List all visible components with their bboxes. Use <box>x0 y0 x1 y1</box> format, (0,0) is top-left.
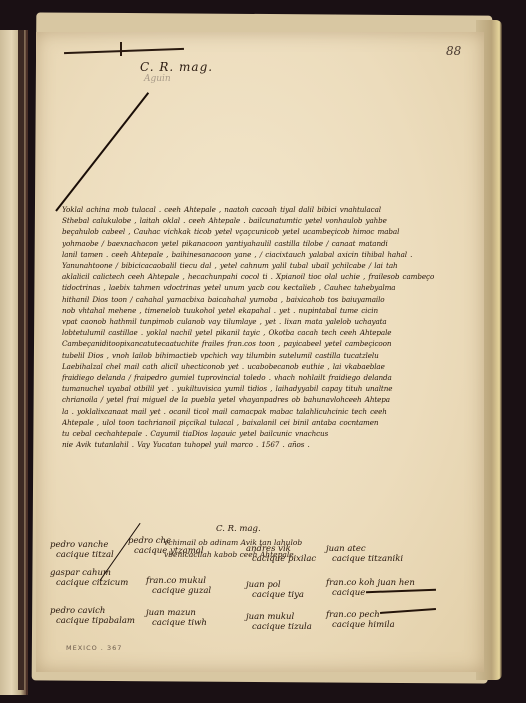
signature: juan pol cacique tiya <box>246 580 304 600</box>
body-line: aklalicil calictech ceeh Ahtepale , heca… <box>62 271 462 282</box>
signature: pedro cavich cacique tipabalam <box>50 606 135 626</box>
body-line: Yoklal achina mob tulacal . ceeh Ahtepal… <box>62 204 462 215</box>
manuscript-page: C. R. mag. Aguin 88 Yoklal achina mob tu… <box>36 32 484 672</box>
body-line: fraidiego delanda / fraipedro gumiel tup… <box>62 372 462 383</box>
body-line: tubelil Dios , vnoh lailob bihimactieb v… <box>62 350 462 361</box>
signature-block: pedro vanche cacique titzal pedro che ca… <box>50 540 470 660</box>
binding-spine <box>18 30 24 690</box>
ink-flourish <box>380 608 436 614</box>
signature: pedro vanche cacique titzal <box>50 540 114 560</box>
archive-stamp: MEXICO . 367 <box>66 644 122 652</box>
body-line: Laebihalzal chel mail cath alicil uhecti… <box>62 361 462 372</box>
diagonal-cancel-stroke <box>55 92 149 211</box>
body-line: chrianoila / yetel frai miguel de la pue… <box>62 394 462 405</box>
folio-number: 88 <box>446 44 461 58</box>
top-rule-stroke <box>64 48 184 54</box>
body-line: tu cebal cechahtepale . Cayumil tiaDios … <box>62 428 462 439</box>
body-line: vpat caonob hathmil tunpimob culanob vay… <box>62 316 462 327</box>
signature: juan mazun cacique tiwh <box>146 608 207 628</box>
body-line: lanil tamen . ceeh Ahtepale , baihinesan… <box>62 249 462 260</box>
signature: pedro che cacique ytzamal <box>128 536 204 556</box>
body-line: lobtetulumil castillae . yoklal nachil y… <box>62 327 462 338</box>
body-line: beçahulob cabeel , Cauhac vichkak ticob … <box>62 226 462 237</box>
signature: andres vik cacique pixilac <box>246 544 316 564</box>
body-line: tidoctrinas , laebix tahmen vdoctrinas y… <box>62 282 462 293</box>
body-line: yohmaobe / baexnachacon yetel pikanacoon… <box>62 238 462 249</box>
body-line: nie Avik tutanlahil . Vay Yucatan tuhope… <box>62 439 462 450</box>
body-line: Yanunahtoone / bibicicacaobalil tiecu da… <box>62 260 462 271</box>
body-line: Ahtepale , ulol toon tachrianoil piçcika… <box>62 417 462 428</box>
page-heading: C. R. mag. <box>140 60 213 74</box>
signature: fran.co mukul cacique guzal <box>146 576 211 596</box>
signature: juan atec cacique titzaniki <box>326 544 403 564</box>
letter-body: Yoklal achina mob tulacal . ceeh Ahtepal… <box>62 204 462 450</box>
body-line: hithanil Dios toon / cahahal yamacbixa b… <box>62 294 462 305</box>
body-line: la . yoklalixcanaat mail yet . ocanil ti… <box>62 406 462 417</box>
body-line: tumanuchel uyabal otbilil yet . yukiltuv… <box>62 383 462 394</box>
body-line: Cambeçaniditoopixancatutecaatuchite frai… <box>62 338 462 349</box>
top-cross-mark <box>120 42 122 56</box>
signature: fran.co koh juan hen cacique <box>326 578 415 598</box>
pencil-annotation: Aguin <box>144 74 171 84</box>
signature: juan mukul cacique tizula <box>246 612 312 632</box>
signature: gaspar cahum cacique citzicum <box>50 568 128 588</box>
body-line: Sthebal calukulobe , laitah oklal . ceeh… <box>62 215 462 226</box>
body-line: nob vhtahal mehene , timenelob tuukohol … <box>62 305 462 316</box>
closing-heading: C. R. mag. <box>216 524 261 534</box>
